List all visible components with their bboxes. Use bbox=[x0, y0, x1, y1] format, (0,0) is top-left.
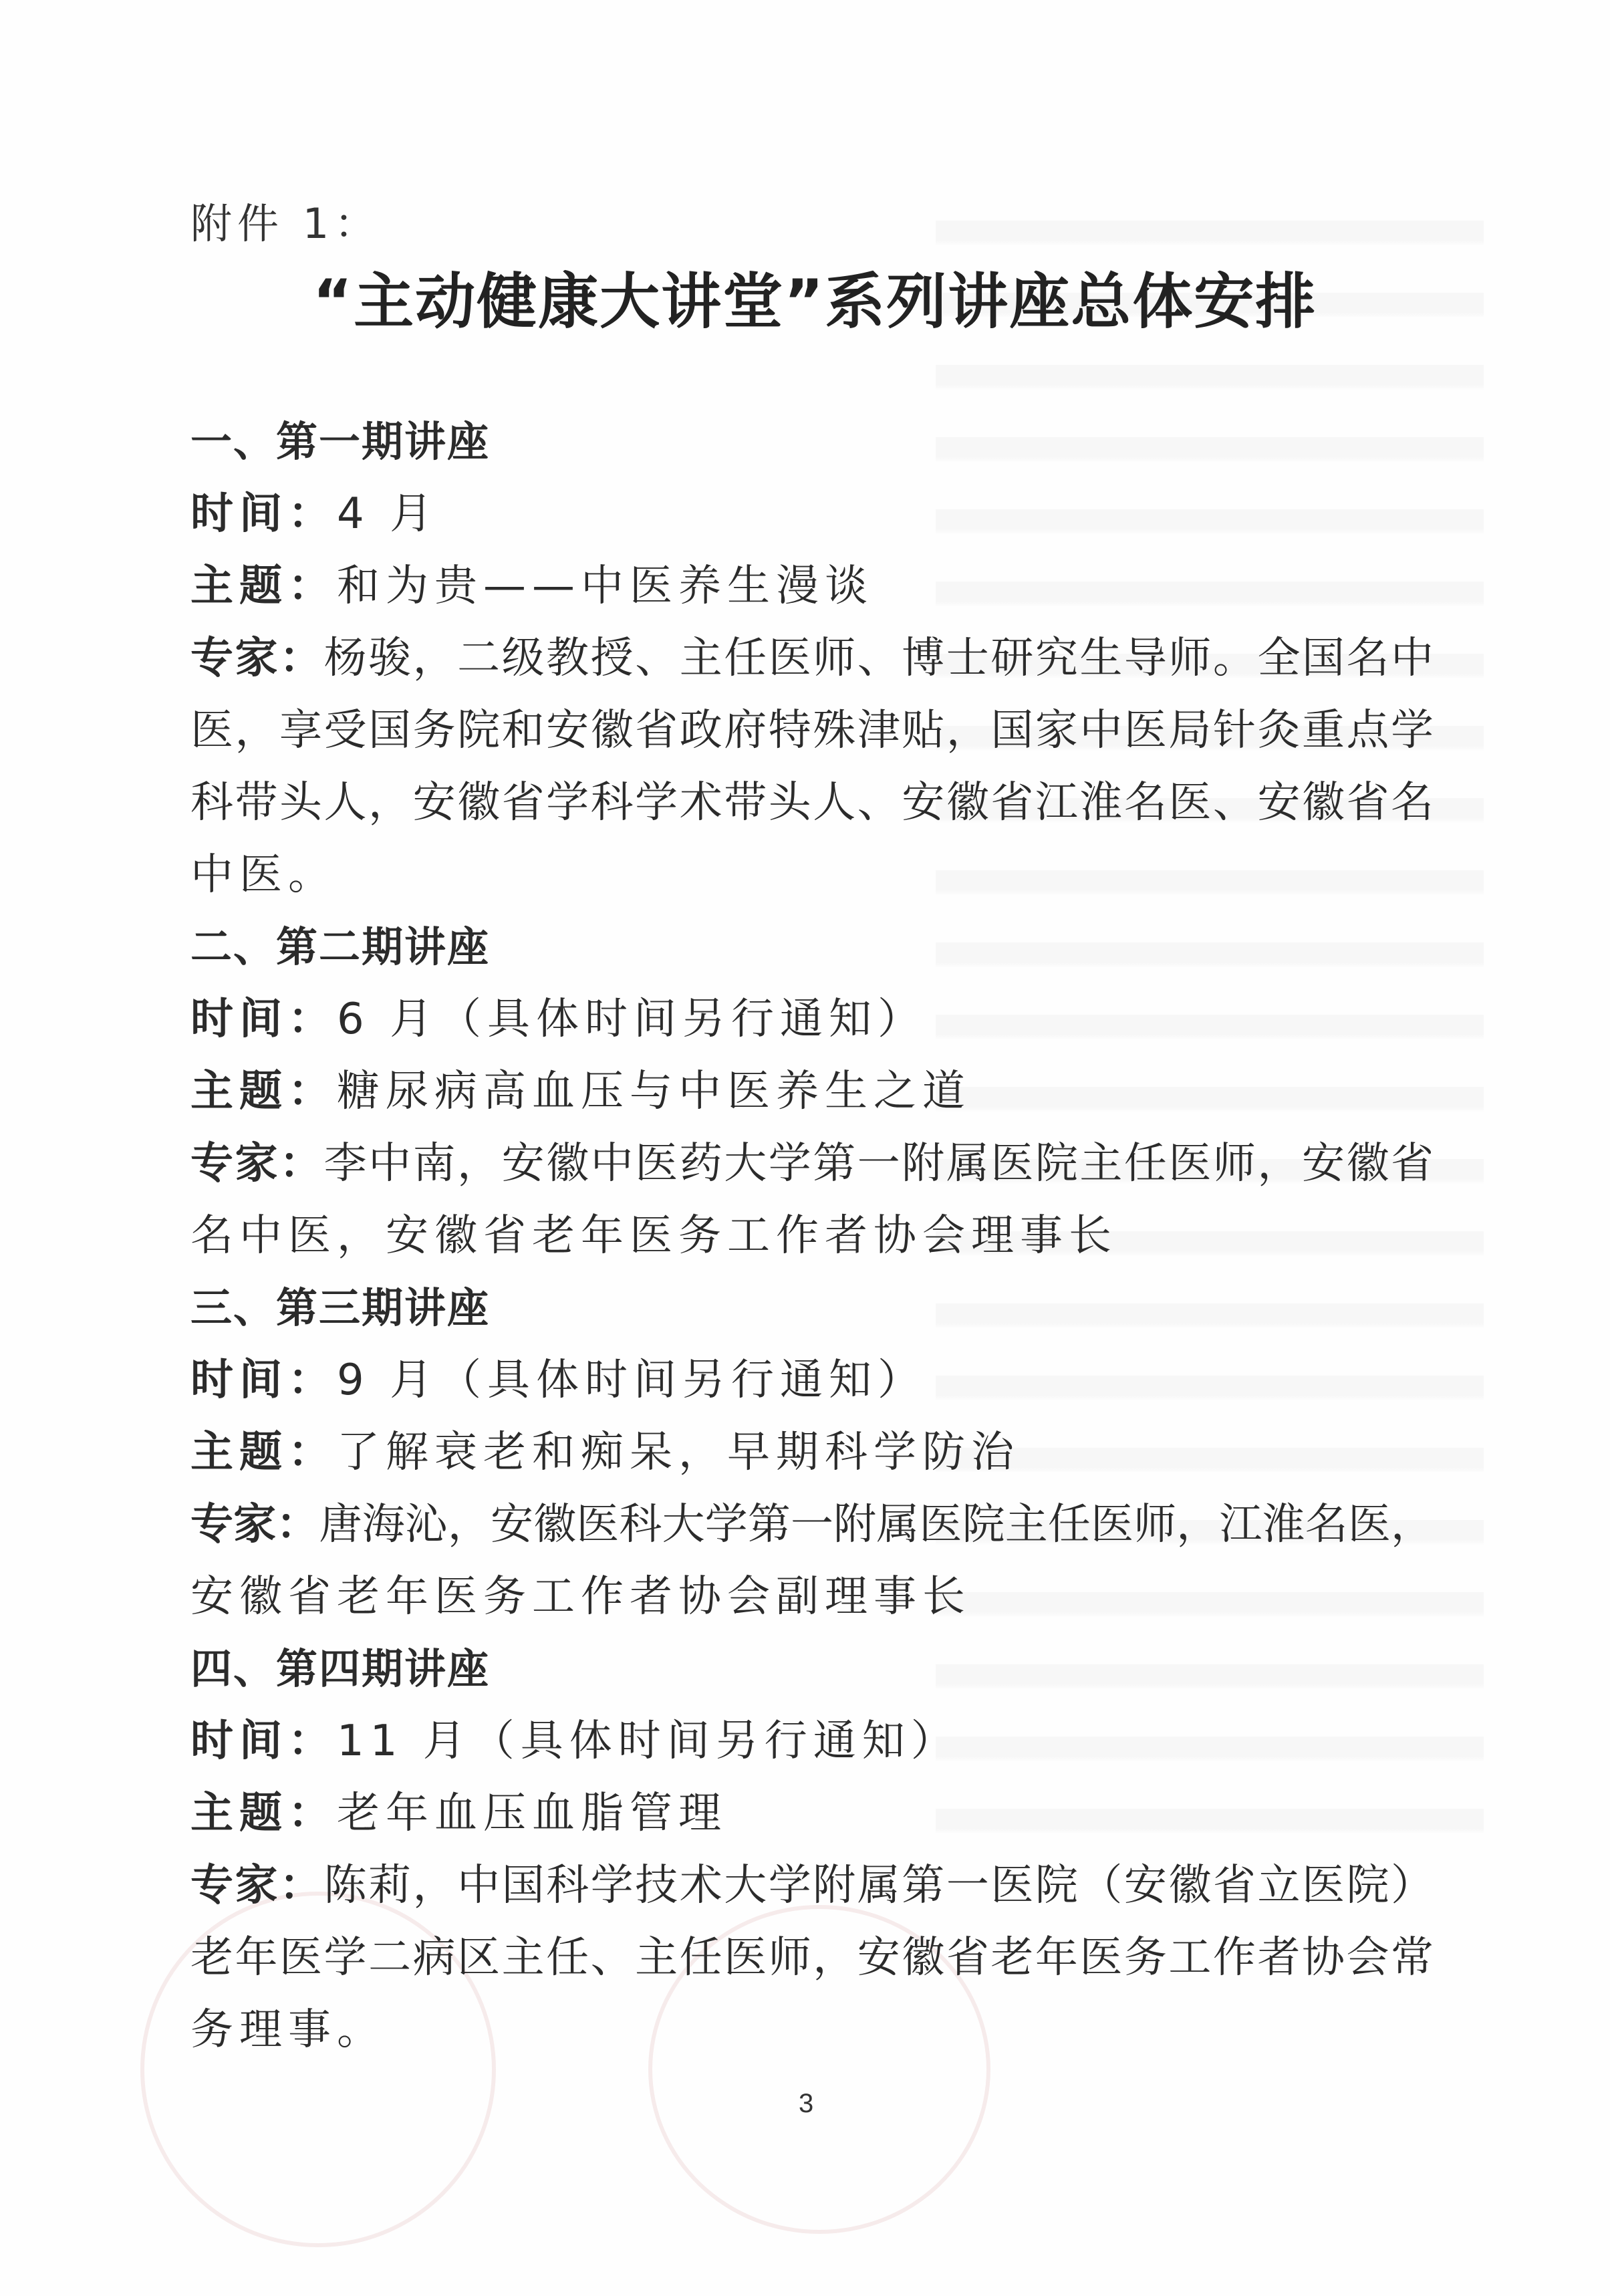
topic-label: 主题： bbox=[190, 1789, 337, 1838]
section-heading: 三、第三期讲座 bbox=[190, 1272, 1434, 1344]
expert-row: 专家：杨骏，二级教授、主任医师、博士研究生导师。全国名中 bbox=[190, 622, 1434, 694]
document-page: 附件 1： “主动健康大讲堂”系列讲座总体安排 一、第一期讲座 时间：4 月 主… bbox=[0, 0, 1610, 2296]
time-row: 时间：6 月（具体时间另行通知） bbox=[190, 983, 1434, 1055]
attachment-label: 附件 1： bbox=[190, 190, 381, 250]
section-heading: 四、第四期讲座 bbox=[190, 1633, 1434, 1705]
expert-row: 专家：李中南，安徽中医药大学第一附属医院主任医师，安徽省 bbox=[190, 1128, 1434, 1200]
time-label: 时间： bbox=[190, 995, 337, 1044]
section-3: 三、第三期讲座 时间：9 月（具体时间另行通知） 主题：了解衰老和痴呆，早期科学… bbox=[190, 1272, 1434, 1633]
topic-row: 主题：和为贵——中医养生漫谈 bbox=[190, 550, 1434, 622]
section-heading: 一、第一期讲座 bbox=[190, 406, 1434, 478]
expert-row: 专家：陈莉，中国科学技术大学附属第一医院（安徽省立医院） bbox=[190, 1849, 1434, 1922]
section-1: 一、第一期讲座 时间：4 月 主题：和为贵——中医养生漫谈 专家：杨骏，二级教授… bbox=[190, 406, 1434, 911]
document-title: “主动健康大讲堂”系列讲座总体安排 bbox=[313, 253, 1317, 340]
expert-line: 唐海沁，安徽医科大学第一附属医院主任医师，江淮名医， bbox=[319, 1500, 1434, 1549]
expert-line: 杨骏，二级教授、主任医师、博士研究生导师。全国名中 bbox=[324, 634, 1434, 683]
page-number: 3 bbox=[799, 2089, 813, 2119]
topic-row: 主题：糖尿病高血压与中医养生之道 bbox=[190, 1055, 1434, 1128]
expert-line: 名中医，安徽省老年医务工作者协会理事长 bbox=[190, 1200, 1434, 1272]
time-label: 时间： bbox=[190, 1716, 337, 1766]
expert-line: 科带头人，安徽省学科学术带头人、安徽省江淮名医、安徽省名 bbox=[190, 767, 1434, 839]
document-body: 一、第一期讲座 时间：4 月 主题：和为贵——中医养生漫谈 专家：杨骏，二级教授… bbox=[190, 406, 1434, 2066]
topic-value: 老年血压血脂管理 bbox=[337, 1789, 727, 1838]
time-row: 时间：9 月（具体时间另行通知） bbox=[190, 1344, 1434, 1416]
time-value: 6 月（具体时间另行通知） bbox=[337, 995, 926, 1044]
time-label: 时间： bbox=[190, 489, 337, 539]
expert-line: 安徽省老年医务工作者协会副理事长 bbox=[190, 1561, 1434, 1633]
section-2: 二、第二期讲座 时间：6 月（具体时间另行通知） 主题：糖尿病高血压与中医养生之… bbox=[190, 911, 1434, 1272]
expert-line: 中医。 bbox=[190, 839, 1434, 911]
expert-line: 陈莉，中国科学技术大学附属第一医院（安徽省立医院） bbox=[324, 1861, 1434, 1910]
topic-row: 主题：老年血压血脂管理 bbox=[190, 1777, 1434, 1849]
topic-value: 了解衰老和痴呆，早期科学防治 bbox=[337, 1428, 1020, 1477]
section-heading: 二、第二期讲座 bbox=[190, 911, 1434, 983]
expert-label: 专家： bbox=[190, 634, 324, 683]
topic-label: 主题： bbox=[190, 561, 337, 611]
topic-value: 和为贵——中医养生漫谈 bbox=[337, 561, 874, 611]
expert-row: 专家：唐海沁，安徽医科大学第一附属医院主任医师，江淮名医， bbox=[190, 1489, 1434, 1561]
expert-label: 专家： bbox=[190, 1861, 324, 1910]
time-value: 9 月（具体时间另行通知） bbox=[337, 1356, 926, 1405]
section-4: 四、第四期讲座 时间：11 月（具体时间另行通知） 主题：老年血压血脂管理 专家… bbox=[190, 1633, 1434, 2066]
topic-label: 主题： bbox=[190, 1067, 337, 1116]
topic-label: 主题： bbox=[190, 1428, 337, 1477]
time-row: 时间：4 月 bbox=[190, 478, 1434, 550]
expert-line: 老年医学二病区主任、主任医师，安徽省老年医务工作者协会常 bbox=[190, 1922, 1434, 1994]
expert-label: 专家： bbox=[190, 1139, 324, 1188]
time-row: 时间：11 月（具体时间另行通知） bbox=[190, 1705, 1434, 1777]
expert-label: 专家： bbox=[190, 1500, 319, 1549]
expert-line: 李中南，安徽中医药大学第一附属医院主任医师，安徽省 bbox=[324, 1139, 1434, 1188]
topic-row: 主题：了解衰老和痴呆，早期科学防治 bbox=[190, 1416, 1434, 1489]
expert-line: 务理事。 bbox=[190, 1994, 1434, 2066]
topic-value: 糖尿病高血压与中医养生之道 bbox=[337, 1067, 971, 1116]
time-label: 时间： bbox=[190, 1356, 337, 1405]
time-value: 4 月 bbox=[337, 489, 438, 539]
time-value: 11 月（具体时间另行通知） bbox=[337, 1716, 960, 1766]
expert-line: 医，享受国务院和安徽省政府特殊津贴，国家中医局针灸重点学 bbox=[190, 694, 1434, 767]
